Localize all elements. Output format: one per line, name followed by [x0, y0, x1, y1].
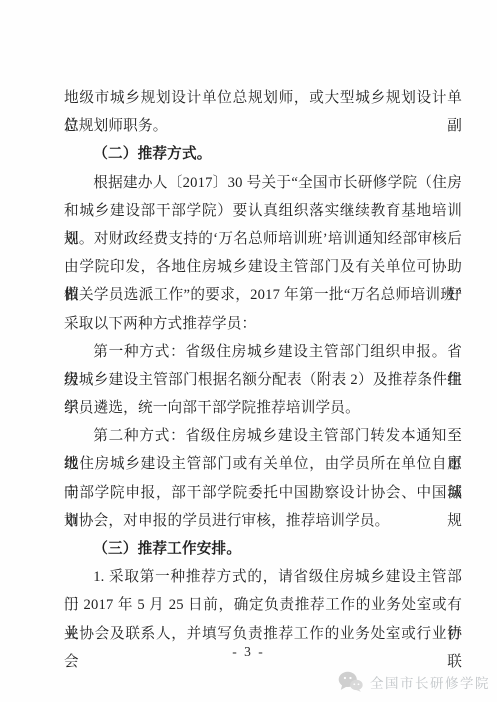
section-heading: （三）推荐工作安排。	[64, 535, 462, 563]
text-line: 由学院印发，各地住房城乡建设主管部门及有关单位可协助做好	[64, 253, 462, 281]
watermark-label: 全国市长研修学院	[370, 672, 490, 692]
document-page: 地级市城乡规划设计单位总规划师，或大型城乡规划设计单位副总规划师职务。（二）推荐…	[0, 0, 497, 702]
text-line: 采取以下两种方式推荐学员：	[64, 310, 462, 338]
text-line: 1. 采取第一种推荐方式的，请省级住房城乡建设主管部门	[64, 563, 462, 591]
text-line: 房城乡建设主管部门根据名额分配表（附表 2）及推荐条件组织	[64, 366, 462, 394]
section-heading: （二）推荐方式。	[64, 140, 462, 168]
text-line: 第二种方式：省级住房城乡建设主管部门转发本通知至地市	[64, 422, 462, 450]
document-body: 地级市城乡规划设计单位总规划师，或大型城乡规划设计单位副总规划师职务。（二）推荐…	[64, 84, 462, 648]
text-line: 相关学员选派工作”的要求，2017 年第一批“万名总师培训班”	[64, 281, 462, 309]
text-line: 根据建办人〔2017〕30 号关于“全国市长研修学院（住房	[64, 169, 462, 197]
text-line: 干部学院申报，部干部学院委托中国勘察设计协会、中国城市规	[64, 479, 462, 507]
wechat-icon	[338, 671, 363, 692]
text-line: 和城乡建设部干部学院）要认真组织落实继续教育基地培训规	[64, 197, 462, 225]
text-line: 级住房城乡建设主管部门或有关单位，由学员所在单位自愿向部	[64, 450, 462, 478]
page-number: - 3 -	[0, 644, 497, 660]
watermark: 全国市长研修学院	[338, 671, 490, 692]
text-line: 学员遴选，统一向部干部学院推荐培训学员。	[64, 394, 462, 422]
text-line: 地级市城乡规划设计单位总规划师，或大型城乡规划设计单位副	[64, 84, 462, 112]
text-line: 于 2017 年 5 月 25 日前，确定负责推荐工作的业务处室或有关行	[64, 591, 462, 619]
text-line: 第一种方式：省级住房城乡建设主管部门组织申报。省级住	[64, 338, 462, 366]
text-line: 划。对财政经费支持的‘万名总师培训班’培训通知经部审核后	[64, 225, 462, 253]
